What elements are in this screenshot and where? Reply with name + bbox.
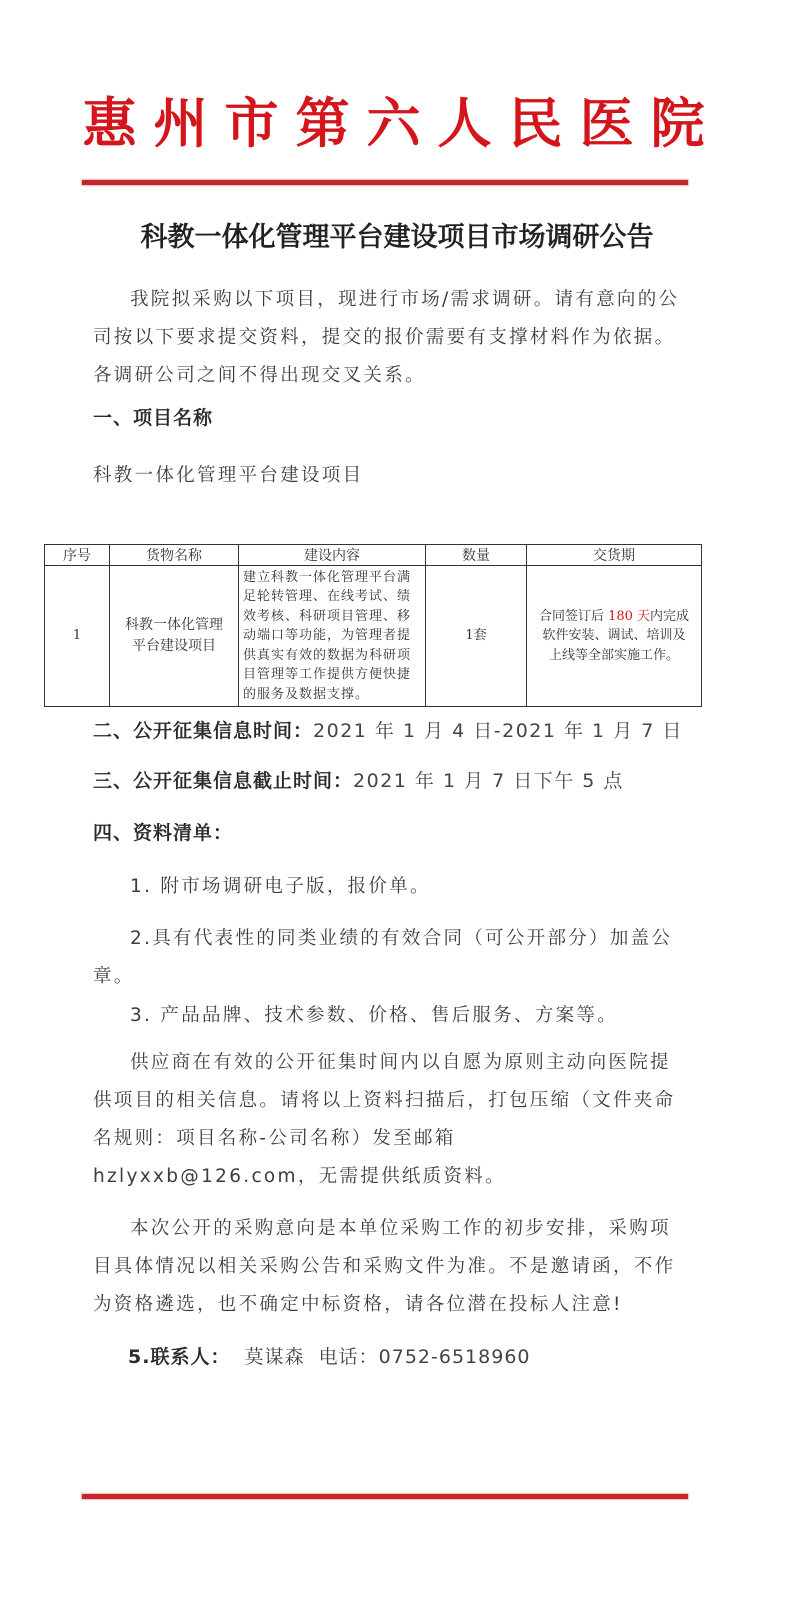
col-header-name: 货物名称: [110, 545, 239, 566]
col-header-quantity: 数量: [426, 545, 527, 566]
procurement-table: 序号 货物名称 建设内容 数量 交货期 1 科教一体化管理平台建设项目 建立科教…: [44, 544, 702, 707]
cell-no: 1: [45, 566, 110, 707]
phone-number: 0752-6518960: [379, 1346, 531, 1368]
letterhead-divider: [82, 180, 688, 185]
contact-label: 5.联系人：: [128, 1346, 230, 1368]
cell-delivery: 合同签订后 180 天内完成软件安装、调试、培训及上线等全部实施工作。: [527, 566, 702, 707]
table-header-row: 序号 货物名称 建设内容 数量 交货期: [45, 545, 702, 566]
materials-item-1: 1. 附市场调研电子版，报价单。: [93, 868, 683, 906]
disclaimer-paragraph: 本次公开的采购意向是本单位采购工作的初步安排，采购项目具体情况以相关采购公告和采…: [93, 1210, 683, 1324]
materials-item-3: 3. 产品品牌、技术参数、价格、售后服务、方案等。: [93, 997, 683, 1035]
col-header-content: 建设内容: [239, 545, 426, 566]
submission-note: 供应商在有效的公开征集时间内以自愿为原则主动向医院提供项目的相关信息。请将以上资…: [93, 1044, 683, 1196]
document-title: 科教一体化管理平台建设项目市场调研公告: [0, 218, 794, 258]
delivery-days-highlight: 180 天: [608, 609, 650, 624]
intro-paragraph: 我院拟采购以下项目，现进行市场/需求调研。请有意向的公司按以下要求提交资料，提交…: [93, 281, 683, 395]
cell-quantity: 1套: [426, 566, 527, 707]
cell-content: 建立科教一体化管理平台满足轮转管理、在线考试、绩效考核、科研项目管理、移动端口等…: [239, 566, 426, 707]
col-header-delivery: 交货期: [527, 545, 702, 566]
project-name-value: 科教一体化管理平台建设项目: [93, 457, 683, 495]
deadline-value: 2021 年 1 月 7 日下午 5 点: [353, 770, 624, 792]
section-materials-heading: 四、资料清单：: [93, 818, 233, 848]
collection-period-heading: 二、公开征集信息时间：: [93, 720, 313, 742]
hospital-letterhead: 惠州市第六人民医院: [0, 88, 794, 158]
section-collection-period: 二、公开征集信息时间：2021 年 1 月 4 日-2021 年 1 月 7 日: [93, 716, 683, 746]
collection-period-value: 2021 年 1 月 4 日-2021 年 1 月 7 日: [313, 720, 683, 742]
delivery-prefix: 合同签订后: [539, 609, 604, 624]
footer-divider: [82, 1494, 688, 1499]
table-row: 1 科教一体化管理平台建设项目 建立科教一体化管理平台满足轮转管理、在线考试、绩…: [45, 566, 702, 707]
phone-label: 电话：: [319, 1346, 379, 1368]
contact-name: 莫谋森: [245, 1346, 305, 1368]
contact-line: 5.联系人： 莫谋森 电话：0752-6518960: [128, 1342, 531, 1372]
col-header-no: 序号: [45, 545, 110, 566]
section-deadline: 三、公开征集信息截止时间：2021 年 1 月 7 日下午 5 点: [93, 766, 624, 796]
materials-item-2: 2.具有代表性的同类业绩的有效合同（可公开部分）加盖公章。: [93, 920, 683, 996]
cell-name: 科教一体化管理平台建设项目: [110, 566, 239, 707]
deadline-heading: 三、公开征集信息截止时间：: [93, 770, 353, 792]
section-project-name-heading: 一、项目名称: [93, 403, 213, 433]
